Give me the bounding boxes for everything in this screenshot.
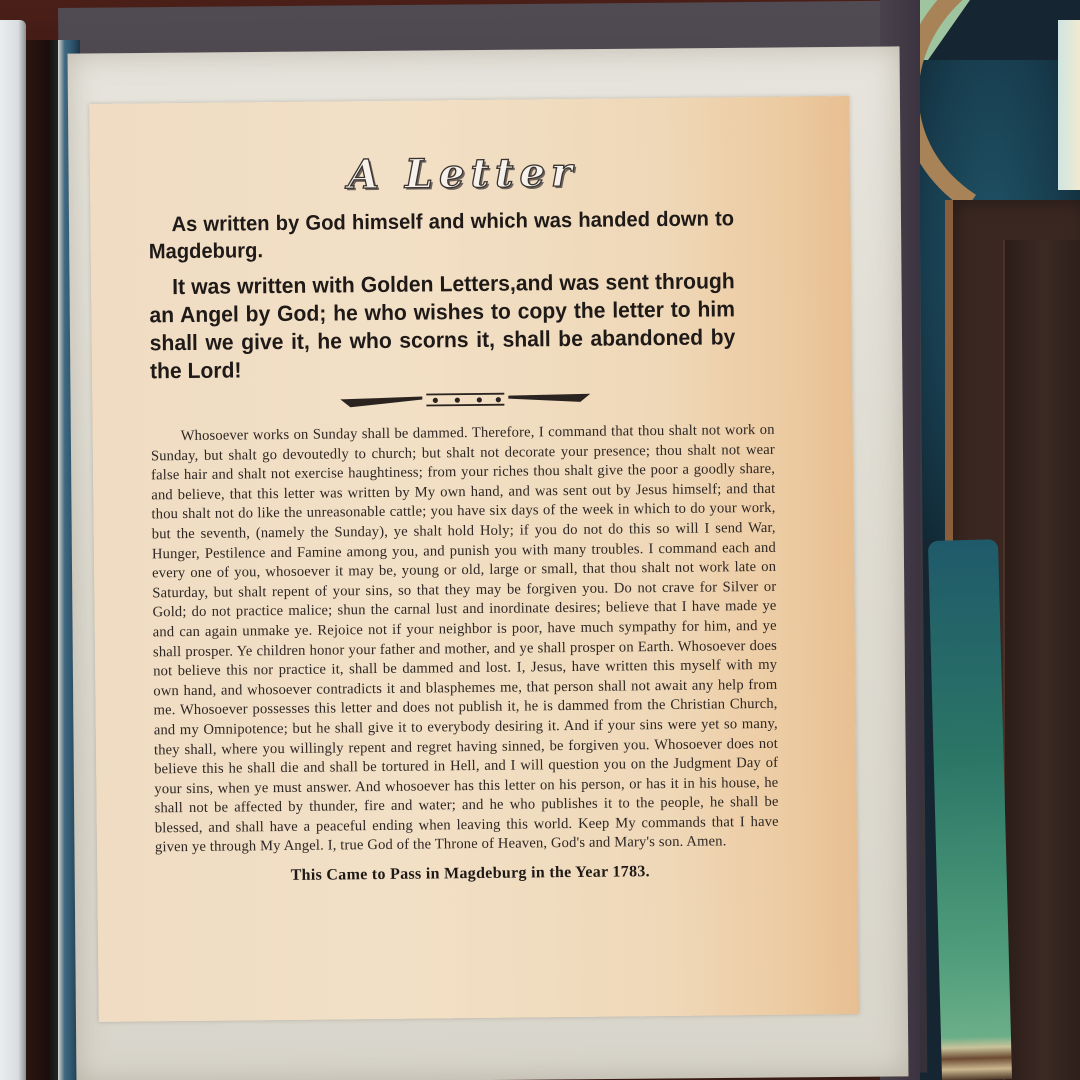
letter-closing: This Came to Pass in Magdeburg in the Ye… — [155, 862, 785, 887]
letter-title: A Letter — [148, 147, 778, 202]
letter-sheet: A Letter As written by God himself and w… — [89, 96, 859, 1022]
letter-subtitle: As written by God himself and which was … — [148, 205, 734, 265]
background-light-panel — [1058, 20, 1080, 190]
left-book-page-edge — [0, 20, 26, 1080]
green-book-spine — [928, 539, 1012, 1080]
letter-content: A Letter As written by God himself and w… — [148, 147, 786, 903]
photo-scene: A Letter As written by God himself and w… — [0, 0, 1080, 1080]
ornament-divider-icon — [340, 389, 590, 412]
letter-body: Whosoever works on Sunday shall be damme… — [151, 421, 779, 859]
letter-intro: It was written with Golden Letters,and w… — [149, 267, 736, 385]
brown-book-tooled-panel — [1003, 240, 1080, 1080]
